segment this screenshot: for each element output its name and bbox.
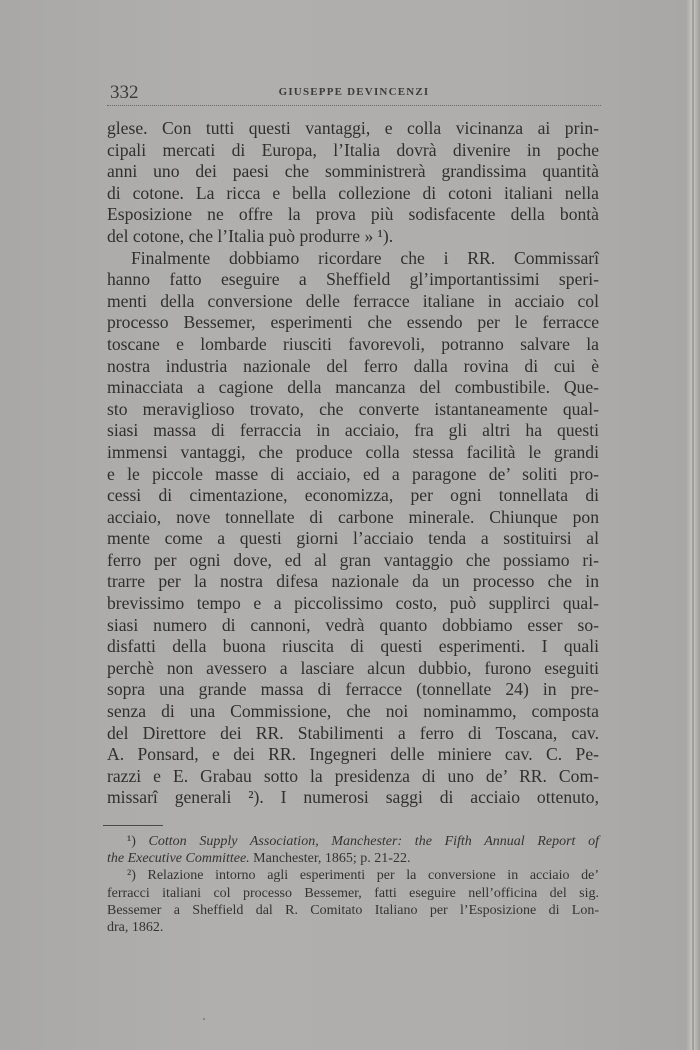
text-line: toscane e lombarde riusciti favorevoli, … bbox=[107, 334, 599, 356]
text-line: brevissimo tempo e a piccolissimo costo,… bbox=[107, 593, 599, 615]
text-line: disfatti della buona riuscita di questi … bbox=[107, 636, 599, 658]
text-line: del Direttore dei RR. Stabilimenti a fer… bbox=[107, 723, 599, 745]
footnote-1-title: Cotton Supply Association, Manchester: t… bbox=[149, 834, 599, 849]
text-line: menti della conversione delle ferracce i… bbox=[107, 291, 599, 313]
paper-speck bbox=[203, 1018, 205, 1020]
text-line: immensi vantaggi, che produce colla stes… bbox=[107, 442, 599, 464]
text-line: razzi e E. Grabau sotto la presidenza di… bbox=[107, 766, 599, 788]
text-line: nostra industria nazionale del ferro dal… bbox=[107, 356, 599, 378]
text-line: hanno fatto eseguire a Sheffield gl’impo… bbox=[107, 269, 599, 291]
body-text: glese. Con tutti questi vantaggi, e coll… bbox=[107, 118, 599, 809]
text-line: cipali mercati di Europa, l’Italia dovrà… bbox=[107, 140, 599, 162]
footnote-2-line: dra, 1862. bbox=[107, 919, 599, 936]
header-rule bbox=[107, 105, 601, 106]
text-line: processo Bessemer, esperimenti che essen… bbox=[107, 312, 599, 334]
footnote-marker: ¹) bbox=[127, 834, 136, 849]
text-line: trarre per la nostra difesa nazionale da… bbox=[107, 571, 599, 593]
text-line: perchè non avessero a lasciare alcun dub… bbox=[107, 658, 599, 680]
text-line: anni uno dei paesi che somministrerà gra… bbox=[107, 161, 599, 183]
footnote-2: ²) Relazione intorno agli esperimenti pe… bbox=[107, 867, 599, 884]
text-line: minacciata a cagione della mancanza del … bbox=[107, 377, 599, 399]
text-line: glese. Con tutti questi vantaggi, e coll… bbox=[107, 118, 599, 140]
footnotes: ¹) Cotton Supply Association, Manchester… bbox=[107, 833, 599, 936]
footnote-1-continued: the Executive Committee. Manchester, 186… bbox=[107, 850, 599, 867]
text-line: siasi massa di ferraccia in acciaio, fra… bbox=[107, 420, 599, 442]
running-head: GIUSEPPE DEVINCENZI bbox=[107, 86, 601, 98]
text-line: senza di una Commissione, che noi nomina… bbox=[107, 701, 599, 723]
text-line: A. Ponsard, e dei RR. Ingegneri delle mi… bbox=[107, 744, 599, 766]
text-line: del cotone, che l’Italia può produrre » … bbox=[107, 226, 599, 248]
footnote-marker: ²) bbox=[127, 868, 136, 883]
text-line: siasi numero di cannoni, vedrà quanto do… bbox=[107, 615, 599, 637]
text-line: sopra una grande massa di ferracce (tonn… bbox=[107, 679, 599, 701]
text-line: mente come a questi giorni l’acciaio ten… bbox=[107, 528, 599, 550]
footnote-1-title-cont: the Executive Committee. bbox=[107, 851, 250, 866]
footnote-rule bbox=[103, 825, 163, 826]
text-line: missarî generali ²). I numerosi saggi di… bbox=[107, 787, 599, 809]
text-line: ferro per ogni dove, ed al gran vantaggi… bbox=[107, 550, 599, 572]
footnote-1: ¹) Cotton Supply Association, Manchester… bbox=[107, 833, 599, 850]
paragraph-start-line: Finalmente dobbiamo ricordare che i RR. … bbox=[107, 248, 599, 270]
footnote-2-line: Bessemer a Sheffield dal R. Comitato Ita… bbox=[107, 902, 599, 919]
footnote-1-citation: Manchester, 1865; p. 21-22. bbox=[250, 851, 411, 866]
text-line: di cotone. La ricca e bella collezione d… bbox=[107, 183, 599, 205]
text-line: e le piccole masse di acciaio, ed a para… bbox=[107, 464, 599, 486]
text-line: Esposizione ne offre la prova più sodisf… bbox=[107, 204, 599, 226]
text-line: acciaio, nove tonnellate di carbone mine… bbox=[107, 507, 599, 529]
text-line: cessi di cimentazione, economizza, per o… bbox=[107, 485, 599, 507]
footnote-2-text: Relazione intorno agli esperimenti per l… bbox=[148, 868, 600, 883]
text-line: sto meraviglioso trovato, che converte i… bbox=[107, 399, 599, 421]
footnote-2-line: ferracci italiani col processo Bessemer,… bbox=[107, 885, 599, 902]
page-edge bbox=[692, 0, 694, 1050]
